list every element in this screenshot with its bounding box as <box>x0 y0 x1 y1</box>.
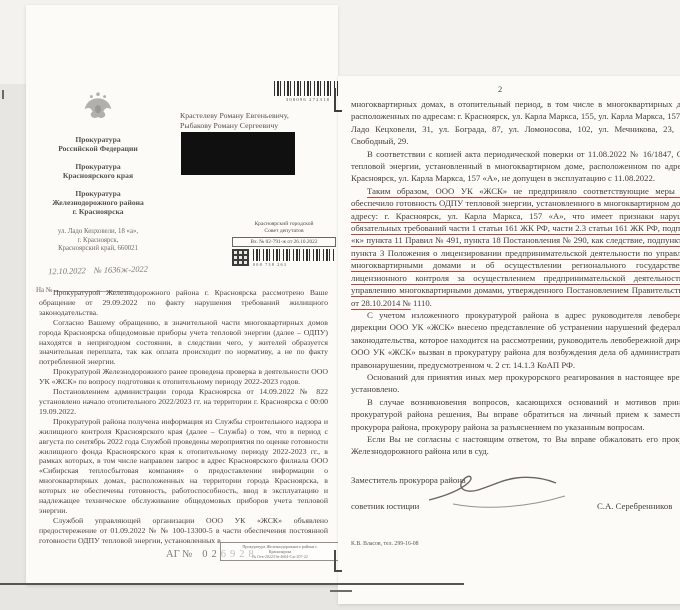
org-name-federation: Прокуратура Российской Федерации <box>32 135 164 153</box>
page-number: 2 <box>498 84 502 94</box>
barcode-digits: 308096 272318 <box>274 97 342 102</box>
org-line: г. Красноярска <box>32 207 164 216</box>
org-line: Железнодорожного района <box>32 198 164 207</box>
letter-body-page-1: Прокуратурой Железнодорожного района г. … <box>39 288 328 546</box>
stamp-codes-row: 008 738 263 <box>232 249 336 267</box>
signature-autograph <box>423 466 573 514</box>
paragraph: Если Вы не согласны с настоящим ответом,… <box>351 433 680 458</box>
scan-artifact-mark <box>334 110 342 112</box>
document-scan: 308096 272318 Крастелеву Роману Евгеньев… <box>0 0 680 610</box>
letter-page-1: 308096 272318 Крастелеву Роману Евгеньев… <box>26 5 338 585</box>
paragraph: Постановлением администрации города Крас… <box>39 387 328 417</box>
stamp-org-line: Красноярский городской <box>232 221 336 228</box>
paragraph: В соответствии с копией акта периодическ… <box>351 148 680 185</box>
handwritten-date: 12.10.2022 <box>48 266 86 276</box>
paragraph: Оснований для принятия иных мер прокурор… <box>351 371 680 396</box>
org-line: Красноярского края <box>32 171 164 180</box>
stamp-registration-number: Вх. № 02-791-ж от 26.10.2022 <box>232 237 336 247</box>
prosecutor-office-stamp: Прокуратура Железнодорожного района г. К… <box>220 542 340 561</box>
paragraph: Прокуратурой Железнодорожного района г. … <box>39 288 328 318</box>
address-line: Красноярский край, 660021 <box>32 245 164 254</box>
letter-page-2: 2 многоквартирных домах, в отопительный … <box>338 76 680 604</box>
handwritten-number: № 1636ж-2022 <box>94 264 148 274</box>
address-line: ул. Ладо Кецховели, 18 «а», <box>32 228 164 237</box>
scan-artifact-mark <box>334 88 336 112</box>
addressee-block: Крастелеву Роману Евгеньевичу, Рыбакову … <box>180 111 340 130</box>
signer-rank-line: советник юстиции <box>351 500 419 512</box>
form-number-label: АГ № <box>166 549 192 560</box>
paragraph: Прокуратурой Железнодорожного ранее пров… <box>39 367 328 387</box>
page-bottom-edge-line <box>330 590 352 592</box>
org-line: Прокуратура <box>32 135 164 144</box>
scan-artifact-mark <box>334 570 342 572</box>
barcode-bars <box>274 81 342 96</box>
org-line: Прокуратура <box>32 189 164 198</box>
paragraph: Согласно Вашему обращению, в значительно… <box>39 318 328 368</box>
coat-of-arms-icon <box>80 91 116 125</box>
scan-artifact-mark <box>2 90 4 99</box>
qr-code-icon <box>232 249 249 266</box>
org-name-district: Прокуратура Железнодорожного района г. К… <box>32 189 164 216</box>
barcode-bars <box>253 249 336 261</box>
page-bottom-edge-line <box>0 583 464 585</box>
letterhead: Прокуратура Российской Федерации Прокура… <box>32 91 164 294</box>
org-name-krai: Прокуратура Красноярского края <box>32 162 164 180</box>
stamp-barcode: 008 738 263 <box>253 249 336 267</box>
scan-artifact-mark <box>334 550 336 572</box>
addressee-line: Рыбакову Роману Сергеевичу <box>180 121 340 131</box>
paragraph: Прокуратурой района получена информация … <box>39 417 328 516</box>
org-line: Российской Федерации <box>32 144 164 153</box>
paragraph-underlined: Таким образом, ООО УК «ЖСК» не предприня… <box>351 185 680 309</box>
paragraph: В случае возникновения вопросов, касающи… <box>351 396 680 433</box>
barcode-digits: 008 738 263 <box>253 262 336 267</box>
stamp-org-line: Совет депутатов <box>232 228 336 235</box>
org-line: Прокуратура <box>32 162 164 171</box>
outgoing-date-number: 12.10.2022 № 1636ж-2022 <box>32 264 164 276</box>
registration-stamp: Красноярский городской Совет депутатов В… <box>232 221 336 267</box>
postal-barcode: 308096 272318 <box>274 81 342 102</box>
redaction-box <box>181 132 295 175</box>
paragraph: С учетом изложенного прокуратурой района… <box>351 309 680 371</box>
signature-block: Заместитель прокурора района советник юс… <box>351 474 680 524</box>
paragraph: многоквартирных домах, в отопительный пе… <box>351 98 680 148</box>
red-underlined-text: Таким образом, ООО УК «ЖСК» не предприня… <box>351 186 680 308</box>
addressee-line: Крастелеву Роману Евгеньевичу, <box>180 111 340 121</box>
address-line: г. Красноярск, <box>32 237 164 246</box>
paragraph-tail: 1110. <box>413 298 432 308</box>
letterhead-address: ул. Ладо Кецховели, 18 «а», г. Красноярс… <box>32 228 164 254</box>
signer-name: С.А. Серебренников <box>597 500 672 512</box>
letter-body-page-2: многоквартирных домах, в отопительный пе… <box>351 98 680 550</box>
stamp-case-number: № Отв-2022/Он-4664-Сж-207-22 <box>223 554 337 559</box>
executor-contact: К.В. Власов, тел. 299-16-08 <box>351 538 680 550</box>
